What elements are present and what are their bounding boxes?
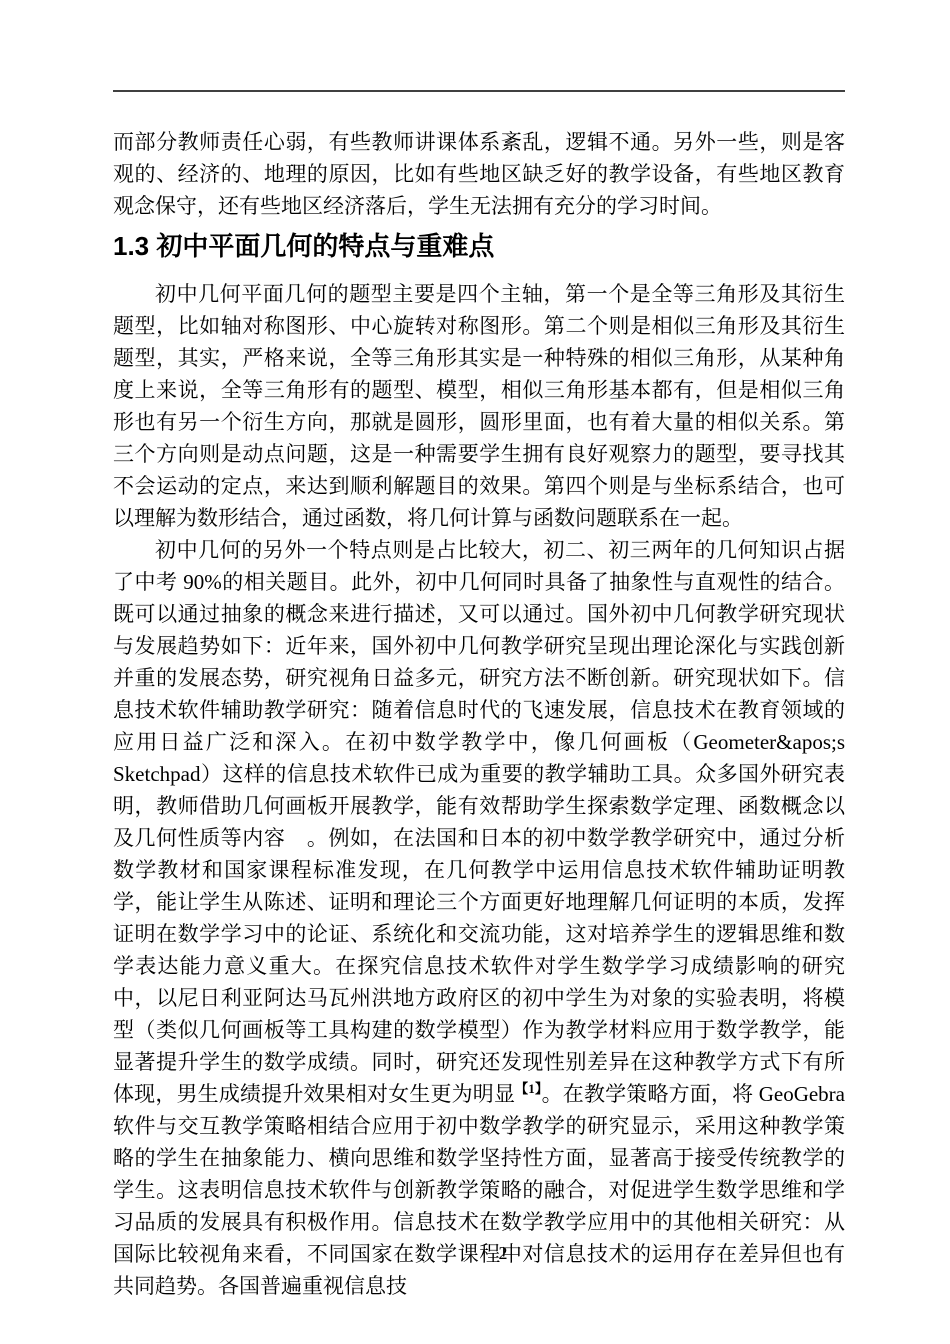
page-footer: 2: [137, 1243, 869, 1264]
section-heading-1-3: 1.3 初中平面几何的特点与重难点: [113, 228, 845, 264]
header-divider-line: [113, 90, 845, 92]
page-number: 2: [499, 1243, 508, 1263]
page-content: 而部分教师责任心弱，有些教师讲课体系紊乱，逻辑不通。另外一些，则是客观的、经济的…: [113, 126, 845, 1302]
document-page: 而部分教师责任心弱，有些教师讲课体系紊乱，逻辑不通。另外一些，则是客观的、经济的…: [0, 0, 950, 1344]
research-text-after-citation: 。在教学策略方面，将 GeoGebra 软件与交互教学策略相结合应用于初中数学教…: [113, 1082, 845, 1298]
citation-marker-1: 【1】: [515, 1081, 542, 1096]
research-text-before-citation: 初中几何的另外一个特点则是占比较大，初二、初三两年的几何知识占据了中考 90%的…: [113, 538, 845, 1106]
paragraph-geometry-topics: 初中几何平面几何的题型主要是四个主轴，第一个是全等三角形及其衍生题型，比如轴对称…: [113, 278, 845, 534]
paragraph-research-overview: 初中几何的另外一个特点则是占比较大，初二、初三两年的几何知识占据了中考 90%的…: [113, 534, 845, 1302]
paragraph-teacher-reasons: 而部分教师责任心弱，有些教师讲课体系紊乱，逻辑不通。另外一些，则是客观的、经济的…: [113, 126, 845, 222]
